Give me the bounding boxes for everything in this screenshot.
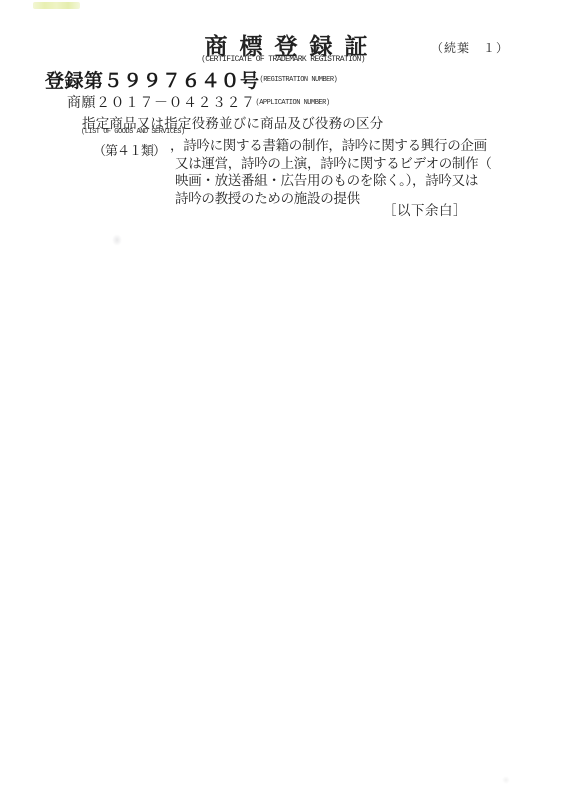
highlighter-mark: [33, 2, 80, 9]
registration-number-line: 登録第５９９７６４０号(REGISTRATION NUMBER): [45, 66, 337, 93]
certificate-title-english: (CERTIFICATE OF TRADEMARK REGISTRATION): [0, 55, 566, 64]
registration-number-label-english: (REGISTRATION NUMBER): [260, 76, 338, 84]
application-number-label-english: (APPLICATION NUMBER): [256, 99, 330, 107]
scan-smudge: [112, 234, 122, 246]
continuation-sheet-note: （続葉 １）: [431, 39, 509, 56]
goods-class-label: （第４１類）: [93, 140, 165, 159]
goods-description: ，詩吟に関する書籍の制作，詩吟に関する興行の企画 又は運営，詩吟の上演，詩吟に関…: [170, 138, 500, 208]
registration-number: 登録第５９９７６４０号: [45, 70, 260, 92]
goods-and-services-heading-english: (LIST OF GOODS AND SERVICES): [81, 128, 185, 136]
goods-description-line: 又は運営，詩吟の上演，詩吟に関するビデオの制作（: [170, 156, 500, 174]
application-number-line: 商願２０１７－０４２３２７(APPLICATION NUMBER): [67, 92, 330, 112]
scan-smudge: [502, 776, 510, 784]
goods-description-line: 映画・放送番組・広告用のものを除く。），詩吟又は: [170, 173, 500, 191]
certificate-sheet: 商標登録証 （続葉 １） (CERTIFICATE OF TRADEMARK R…: [0, 0, 566, 800]
application-number: 商願２０１７－０４２３２７: [67, 95, 256, 111]
remainder-blank-note: ［以下余白］: [383, 199, 467, 219]
goods-description-line: ，詩吟に関する書籍の制作，詩吟に関する興行の企画: [170, 138, 500, 156]
